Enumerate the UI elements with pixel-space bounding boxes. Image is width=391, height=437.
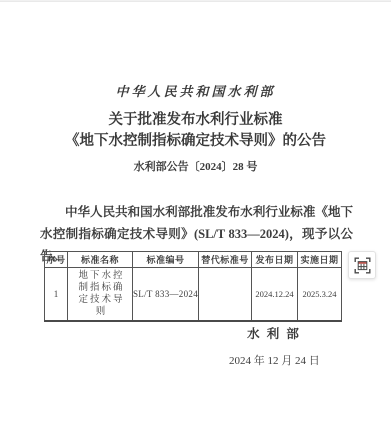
table-header-row: 序号 标准名称 标准编号 替代标准号 发布日期 实施日期 (45, 252, 342, 268)
document-title-line2: 《地下水控制指标确定技术导则》的公告 (0, 131, 391, 152)
signature-date: 2024 年 12 月 24 日 (229, 352, 319, 368)
header-standard-name: 标准名称 (68, 252, 133, 268)
table-row: 1 地下水控制指标确定技术导则 SL/T 833—2024 2024.12.24… (45, 268, 342, 322)
signature-block: 水 利 部 2024 年 12 月 24 日 (229, 324, 319, 368)
announcement-document: 中华人民共和国水利部 关于批准发布水利行业标准 《地下水控制指标确定技术导则》的… (0, 0, 391, 437)
standards-table: 序号 标准名称 标准编号 替代标准号 发布日期 实施日期 1 地下水控制指标确定… (44, 251, 342, 322)
header-publish-date: 发布日期 (252, 252, 298, 268)
table-capture-button[interactable] (348, 251, 376, 279)
announcement-number: 水利部公告〔2024〕28 号 (0, 158, 391, 174)
cell-standard-code: SL/T 833—2024 (133, 268, 199, 322)
header-standard-code: 标准编号 (133, 252, 199, 268)
signature-issuer: 水 利 部 (229, 324, 319, 342)
header-replaced-code: 替代标准号 (199, 252, 252, 268)
header-index: 序号 (45, 252, 68, 268)
cell-replaced-code (199, 268, 252, 322)
cell-standard-name: 地下水控制指标确定技术导则 (68, 268, 133, 322)
document-title-line1: 关于批准发布水利行业标准 (0, 110, 391, 131)
issuer-name: 中华人民共和国水利部 (0, 81, 391, 100)
cell-index: 1 (45, 268, 68, 322)
table-capture-icon (354, 257, 371, 274)
cell-effective-date: 2025.3.24 (298, 268, 342, 322)
cell-publish-date: 2024.12.24 (252, 268, 298, 322)
header-effective-date: 实施日期 (298, 252, 342, 268)
document-title: 关于批准发布水利行业标准 《地下水控制指标确定技术导则》的公告 (0, 110, 391, 152)
